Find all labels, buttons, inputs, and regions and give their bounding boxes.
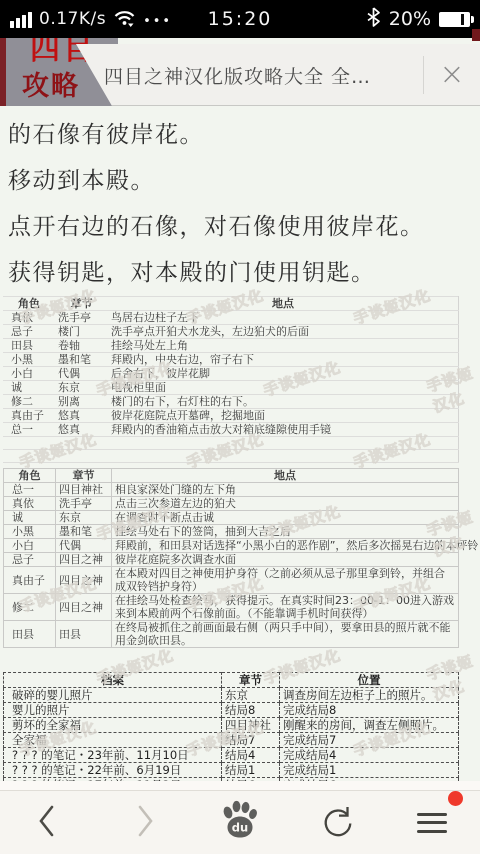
table-cell: 小白 [3, 367, 55, 381]
column-header: 角色 [3, 297, 55, 311]
table-cell: 卷轴 [55, 339, 108, 353]
table-row [3, 437, 459, 450]
table-cell: ? ? ? 的笔记・23年前、11月10日 [4, 748, 222, 763]
browser-toolbar: du [0, 790, 480, 854]
table-cell: 修二 [4, 594, 56, 621]
table-row: 小黑墨和笔拜殿内，中央右边，帘子右下 [3, 353, 459, 367]
walkthrough-paragraph: 获得钥匙，对本殿的门使用钥匙。 [8, 250, 480, 296]
table-cell [55, 437, 108, 450]
table-cell: 东京 [56, 511, 112, 525]
table-cell: 电视柜里面 [108, 381, 459, 395]
table-cell: 四目之神 [56, 553, 112, 567]
column-header: 角色 [4, 469, 56, 483]
table-cell: 鸟居右边柱子左下 [108, 311, 459, 325]
table-row: 忌子四目之神彼岸花庭院多次调查水面 [4, 553, 459, 567]
table-cell [3, 450, 55, 463]
forward-button[interactable] [96, 791, 192, 854]
page-bottom-strip [0, 781, 480, 790]
menu-button[interactable] [384, 791, 480, 854]
table-cell: 全家福 [4, 733, 222, 748]
hamburger-menu-icon [417, 813, 447, 833]
table-cell: 在挂绘马处检查绘马，获得提示。在真实时间23：00-1：00进入游戏来到本殿前两… [112, 594, 459, 621]
table-row: 总一悠真拜殿内的香油箱点击放大对箱底缝隙使用手镜 [3, 423, 459, 437]
forward-chevron-icon [132, 804, 156, 841]
status-bar: 0.17K/s ••• 15:20 20% [0, 0, 480, 38]
table-row: 婴儿的照片结局8完成结局8 [4, 703, 459, 718]
table-cell: ? ? ? 的笔记・22年前、6月19日 [4, 763, 222, 778]
table-row: 真由子悠真彼岸花庭院点开墓碑，挖掘地面 [3, 409, 459, 423]
back-button[interactable] [0, 791, 96, 854]
table-cell: 四目之神 [56, 567, 112, 594]
column-header: 地点 [108, 297, 459, 311]
table-cell: 刚醒来的房间，调查左侧照片。 [280, 718, 459, 733]
table-row [3, 450, 459, 463]
table-cell: 结局1 [222, 763, 280, 778]
table-cell: 楼门 [55, 325, 108, 339]
table-cell: 修二 [3, 395, 55, 409]
table-cell: 墨和笔 [56, 525, 112, 539]
phone-screen: 0.17K/s ••• 15:20 20% [0, 0, 480, 854]
table-cell: 拜殿前，和田县对话选择“小黑小白的恶作剧”，然后多次摇晃右边的本坪铃 [112, 539, 459, 553]
column-header: 章节 [222, 673, 280, 688]
table-row: 小黑墨和笔挂绘马处右下的签筒，抽到大吉之后 [4, 525, 459, 539]
walkthrough-paragraph: 的石像有彼岸花。 [8, 112, 480, 158]
walkthrough-paragraph: 移动到本殿。 [8, 158, 480, 204]
table-cell: 真依 [4, 497, 56, 511]
refresh-button[interactable] [288, 791, 384, 854]
table-row: 总一四目神社相良家深处门缝的左下角 [4, 483, 459, 497]
page-title-line2: 攻略 [22, 64, 80, 103]
walkthrough-paragraph: 点开右边的石像，对石像使用彼岸花。 [8, 204, 480, 250]
table-row: 诚东京在调查时不断点击诚 [4, 511, 459, 525]
table-row: 小白代偶拜殿前，和田县对话选择“小黑小白的恶作剧”，然后多次摇晃右边的本坪铃 [4, 539, 459, 553]
table-row: 真依洗手亭点击三次参道左边的狛犬 [4, 497, 459, 511]
table-cell: 挂绘马处左上角 [108, 339, 459, 353]
secret-location-table: 角色章节地点总一四目神社相良家深处门缝的左下角真依洗手亭点击三次参道左边的狛犬诚… [3, 468, 459, 648]
table-cell: 洗手亭点开狛犬水龙头，左边狛犬的后面 [108, 325, 459, 339]
table-cell: 总一 [4, 483, 56, 497]
item-location-table: 角色章节地点真依洗手亭鸟居右边柱子左下忌子楼门洗手亭点开狛犬水龙头，左边狛犬的后… [3, 296, 459, 463]
table-cell [3, 437, 55, 450]
table-cell: 点击三次参道左边的狛犬 [112, 497, 459, 511]
table-cell: 小白 [4, 539, 56, 553]
table-cell: 墨和笔 [55, 353, 108, 367]
table-header-row: 角色章节地点 [4, 469, 459, 483]
table-cell: 彼岸花庭院多次调查水面 [112, 553, 459, 567]
table-cell: 结局8 [222, 703, 280, 718]
column-header: 位置 [280, 673, 459, 688]
table-header-row: 角色章节地点 [3, 297, 459, 311]
table-cell: 在终局被抓住之前画面最右侧（两只手中间），要拿田县的照片就不能用金剑砍田县。 [112, 621, 459, 648]
table-cell [108, 437, 459, 450]
table-cell: 拜殿内的香油箱点击放大对箱底缝隙使用手镜 [108, 423, 459, 437]
table-cell: 悠真 [55, 423, 108, 437]
table-cell: 洗手亭 [55, 311, 108, 325]
table-cell: 忌子 [3, 325, 55, 339]
table-row: 诚东京电视柜里面 [3, 381, 459, 395]
close-icon[interactable]: × [424, 44, 480, 106]
table-row: 忌子楼门洗手亭点开狛犬水龙头，左边狛犬的后面 [3, 325, 459, 339]
table-cell: 完成结局1 [280, 763, 459, 778]
table-cell: 诚 [3, 381, 55, 395]
table-cell: 小黑 [4, 525, 56, 539]
notification-badge [448, 791, 463, 806]
svg-text:du: du [232, 821, 248, 835]
column-header: 章节 [55, 297, 108, 311]
table-row: 小白代偶后舍右下，彼岸花脚 [3, 367, 459, 381]
table-row: 剪坏的全家福四目神社刚醒来的房间，调查左侧照片。 [4, 718, 459, 733]
table-cell: 别离 [55, 395, 108, 409]
table-cell: 忌子 [4, 553, 56, 567]
table-cell: 总一 [3, 423, 55, 437]
table-cell: 完成结局7 [280, 733, 459, 748]
table-cell: 在本殿对四目之神使用护身符（之前必须从忌子那里拿到铃，并组合成双铃铛护身符） [112, 567, 459, 594]
table-cell: 拜殿内，中央右边，帘子右下 [108, 353, 459, 367]
table-row: ? ? ? 的笔记・22年前、6月19日结局1完成结局1 [4, 763, 459, 778]
table-cell: 真由子 [4, 567, 56, 594]
column-header: 章节 [56, 469, 112, 483]
table-cell: 相良家深处门缝的左下角 [112, 483, 459, 497]
bluetooth-icon [366, 7, 381, 31]
table-cell: 婴儿的照片 [4, 703, 222, 718]
table-row: 全家福结局7完成结局7 [4, 733, 459, 748]
table-cell: 挂绘马处右下的签筒，抽到大吉之后 [112, 525, 459, 539]
table-cell [55, 450, 108, 463]
archive-table: 档案章节位置破碎的婴儿照片东京调查房间左边柜子上的照片。婴儿的照片结局8完成结局… [3, 672, 459, 790]
page-content: 的石像有彼岸花。 移动到本殿。 点开右边的石像，对石像使用彼岸花。 获得钥匙，对… [0, 106, 480, 790]
table-cell: 东京 [222, 688, 280, 703]
table-cell: 四目神社 [56, 483, 112, 497]
table-cell: 在调查时不断点击诚 [112, 511, 459, 525]
table-cell: 剪坏的全家福 [4, 718, 222, 733]
table-row: 田县卷轴挂绘马处左上角 [3, 339, 459, 353]
page-header-band: 四目 攻略 四目之神汉化版攻略大全 全… × [0, 38, 480, 106]
table-cell: 完成结局8 [280, 703, 459, 718]
table-cell: 悠真 [55, 409, 108, 423]
table-row: 真由子四目之神在本殿对四目之神使用护身符（之前必须从忌子那里拿到铃，并组合成双铃… [4, 567, 459, 594]
table-cell: 真由子 [3, 409, 55, 423]
column-header: 档案 [4, 673, 222, 688]
table-cell: 楼门的右下，右灯柱的右下。 [108, 395, 459, 409]
column-header: 地点 [112, 469, 459, 483]
baidu-home-button[interactable]: du [192, 791, 288, 854]
table-cell: 四目神社 [222, 718, 280, 733]
table-cell: 真依 [3, 311, 55, 325]
table-cell: 结局7 [222, 733, 280, 748]
table-cell: 代偶 [55, 367, 108, 381]
table-cell: 代偶 [56, 539, 112, 553]
table-cell: 后舍右下，彼岸花脚 [108, 367, 459, 381]
table-cell: 调查房间左边柜子上的照片。 [280, 688, 459, 703]
table-cell: 破碎的婴儿照片 [4, 688, 222, 703]
table-cell: 四目之神 [56, 594, 112, 621]
toast-title: 四目之神汉化版攻略大全 全… [104, 62, 423, 89]
title-toast[interactable]: 四目之神汉化版攻略大全 全… × [58, 44, 480, 106]
table-cell: 结局4 [222, 748, 280, 763]
table-cell: 完成结局4 [280, 748, 459, 763]
table-cell: 田县 [3, 339, 55, 353]
table-cell: 田县 [56, 621, 112, 648]
baidu-paw-icon: du [218, 799, 262, 846]
table-row: 修二四目之神在挂绘马处检查绘马，获得提示。在真实时间23：00-1：00进入游戏… [4, 594, 459, 621]
table-cell: 彼岸花庭院点开墓碑，挖掘地面 [108, 409, 459, 423]
clock: 15:20 [208, 8, 273, 30]
red-edge-strip [0, 38, 6, 106]
battery-icon [439, 12, 470, 27]
page-red-edge-sliver [472, 29, 480, 41]
back-chevron-icon [36, 804, 60, 841]
table-cell [108, 450, 459, 463]
table-row: 破碎的婴儿照片东京调查房间左边柜子上的照片。 [4, 688, 459, 703]
table-cell: 东京 [55, 381, 108, 395]
table-row: ? ? ? 的笔记・23年前、11月10日结局4完成结局4 [4, 748, 459, 763]
table-cell: 田县 [4, 621, 56, 648]
table-cell: 小黑 [3, 353, 55, 367]
refresh-icon [318, 803, 354, 842]
battery-percent: 20% [389, 8, 431, 30]
table-row: 修二别离楼门的右下，右灯柱的右下。 [3, 395, 459, 409]
table-cell: 洗手亭 [56, 497, 112, 511]
table-header-row: 档案章节位置 [4, 673, 459, 688]
table-cell: 诚 [4, 511, 56, 525]
table-row: 真依洗手亭鸟居右边柱子左下 [3, 311, 459, 325]
table-row: 田县田县在终局被抓住之前画面最右侧（两只手中间），要拿田县的照片就不能用金剑砍田… [4, 621, 459, 648]
